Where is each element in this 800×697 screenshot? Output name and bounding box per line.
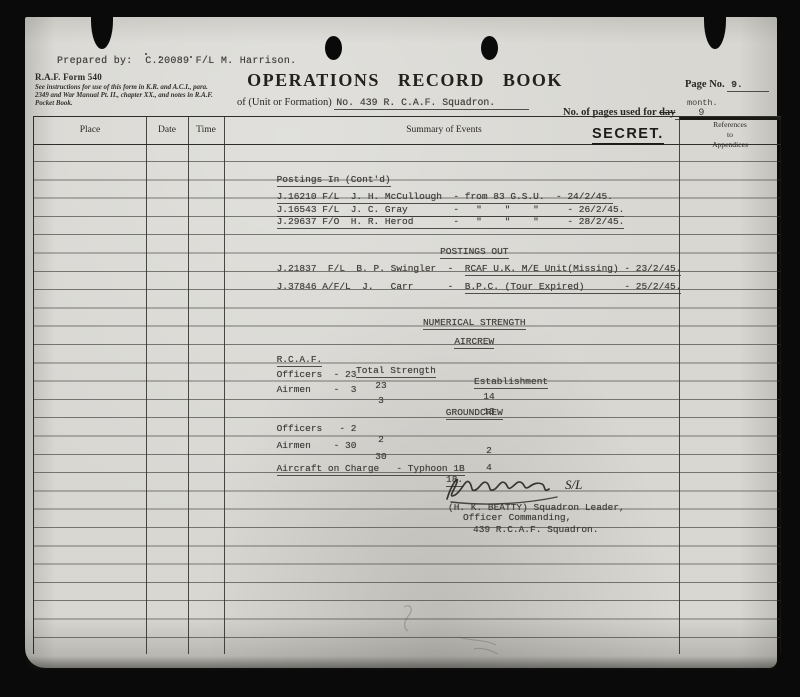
aircrew-heading: AIRCREW: [224, 325, 679, 337]
posting-in-entry-text: J.29637 F/O H. R. Herod - " " " - 28/2/4…: [277, 216, 625, 229]
prepared-by-line: Prepared by: C.20089 F/L M. Harrison.: [57, 56, 296, 67]
aircrew-row: Airmen - 3 3 13: [231, 373, 561, 385]
references-appendices: Appendices: [680, 140, 780, 150]
postings-in-heading: Postings In (Cont'd): [231, 163, 391, 175]
secret-stamp: SECRET.: [592, 126, 664, 145]
aircrew-row: Officers - 23 23 14: [231, 358, 561, 370]
groundcrew-row-label: Airmen - 30: [277, 440, 357, 451]
table-header-row: Place Date Time Summary of Events SECRET…: [34, 117, 781, 145]
signature-title-line: Officer Commanding,: [463, 512, 571, 524]
posting-out-disposition: B.P.C. (Tour Expired) - 25/2/45.: [465, 281, 682, 294]
paper-sheet: Prepared by: C.20089 F/L M. Harrison. R.…: [25, 17, 777, 668]
column-header-place: Place: [34, 125, 146, 135]
aircraft-on-charge-row: Aircraft on Charge - Typhoon 1B 18.: [231, 452, 591, 464]
unit-value: No. 439 R. C.A.F. Squadron.: [334, 97, 529, 110]
form-instructions: See instructions for use of this form in…: [35, 84, 213, 108]
aircraft-on-charge-label: Aircraft on Charge - Typhoon 1B: [277, 463, 465, 476]
punch-hole-icon: [325, 36, 342, 60]
unit-line: of (Unit or Formation) No. 439 R. C.A.F.…: [237, 97, 529, 108]
page-number-value: 9.: [727, 79, 768, 92]
signature-rank: S/L: [565, 477, 582, 492]
numerical-strength-heading: NUMERICAL STRENGTH: [224, 306, 679, 318]
posting-out-entry: J.37846 A/F/L J. Carr - B.P.C. (Tour Exp…: [231, 270, 681, 282]
strength-column-headers: R.C.A.F. Total Strength Establishment: [231, 343, 591, 355]
page-number-label: Page No.: [685, 79, 725, 90]
posting-out-officer: J.37846 A/F/L J. Carr -: [277, 281, 465, 292]
scanned-page-background: Prepared by: C.20089 F/L M. Harrison. R.…: [0, 0, 800, 697]
groundcrew-row: Airmen - 30 30 4: [231, 429, 561, 441]
unit-label: of (Unit or Formation): [237, 97, 332, 108]
punch-hole-icon: [91, 3, 113, 49]
column-header-date: Date: [146, 125, 188, 135]
page-number-line: Page No. 9.: [685, 79, 769, 90]
dust-specks: [145, 53, 147, 55]
references-word: References: [680, 120, 780, 130]
column-header-references: References to Appendices: [680, 120, 780, 150]
pencil-smudge: [364, 597, 544, 654]
pages-used-correction: month.: [687, 98, 718, 108]
aircrew-row-label: Airmen - 3: [277, 384, 357, 395]
posting-in-entry: J.29637 F/O H. R. Herod - " " " - 28/2/4…: [231, 205, 624, 217]
groundcrew-heading: GROUNDCREW: [224, 396, 679, 408]
posting-in-entry: J.16543 F/L J. C. Gray - " " " - 26/2/45…: [231, 193, 624, 205]
posting-in-entry: J.16210 F/L J. H. McCullough - from 83 G…: [231, 180, 613, 192]
page-title: OPERATIONS RECORD BOOK: [225, 70, 585, 91]
groundcrew-row: Officers - 2 2 2: [231, 412, 561, 424]
column-header-time: Time: [188, 125, 224, 135]
operations-record-table: Place Date Time Summary of Events SECRET…: [33, 116, 781, 654]
punch-hole-icon: [704, 3, 726, 49]
posting-out-entry: J.21837 F/L B. P. Swingler - RCAF U.K. M…: [231, 252, 681, 264]
postings-out-heading: POSTINGS OUT: [224, 235, 679, 247]
punch-hole-icon: [481, 36, 498, 60]
signature-unit-line: 439 R.C.A.F. Squadron.: [473, 524, 598, 536]
form-number: R.A.F. Form 540: [35, 72, 102, 82]
references-to: to: [680, 130, 780, 140]
